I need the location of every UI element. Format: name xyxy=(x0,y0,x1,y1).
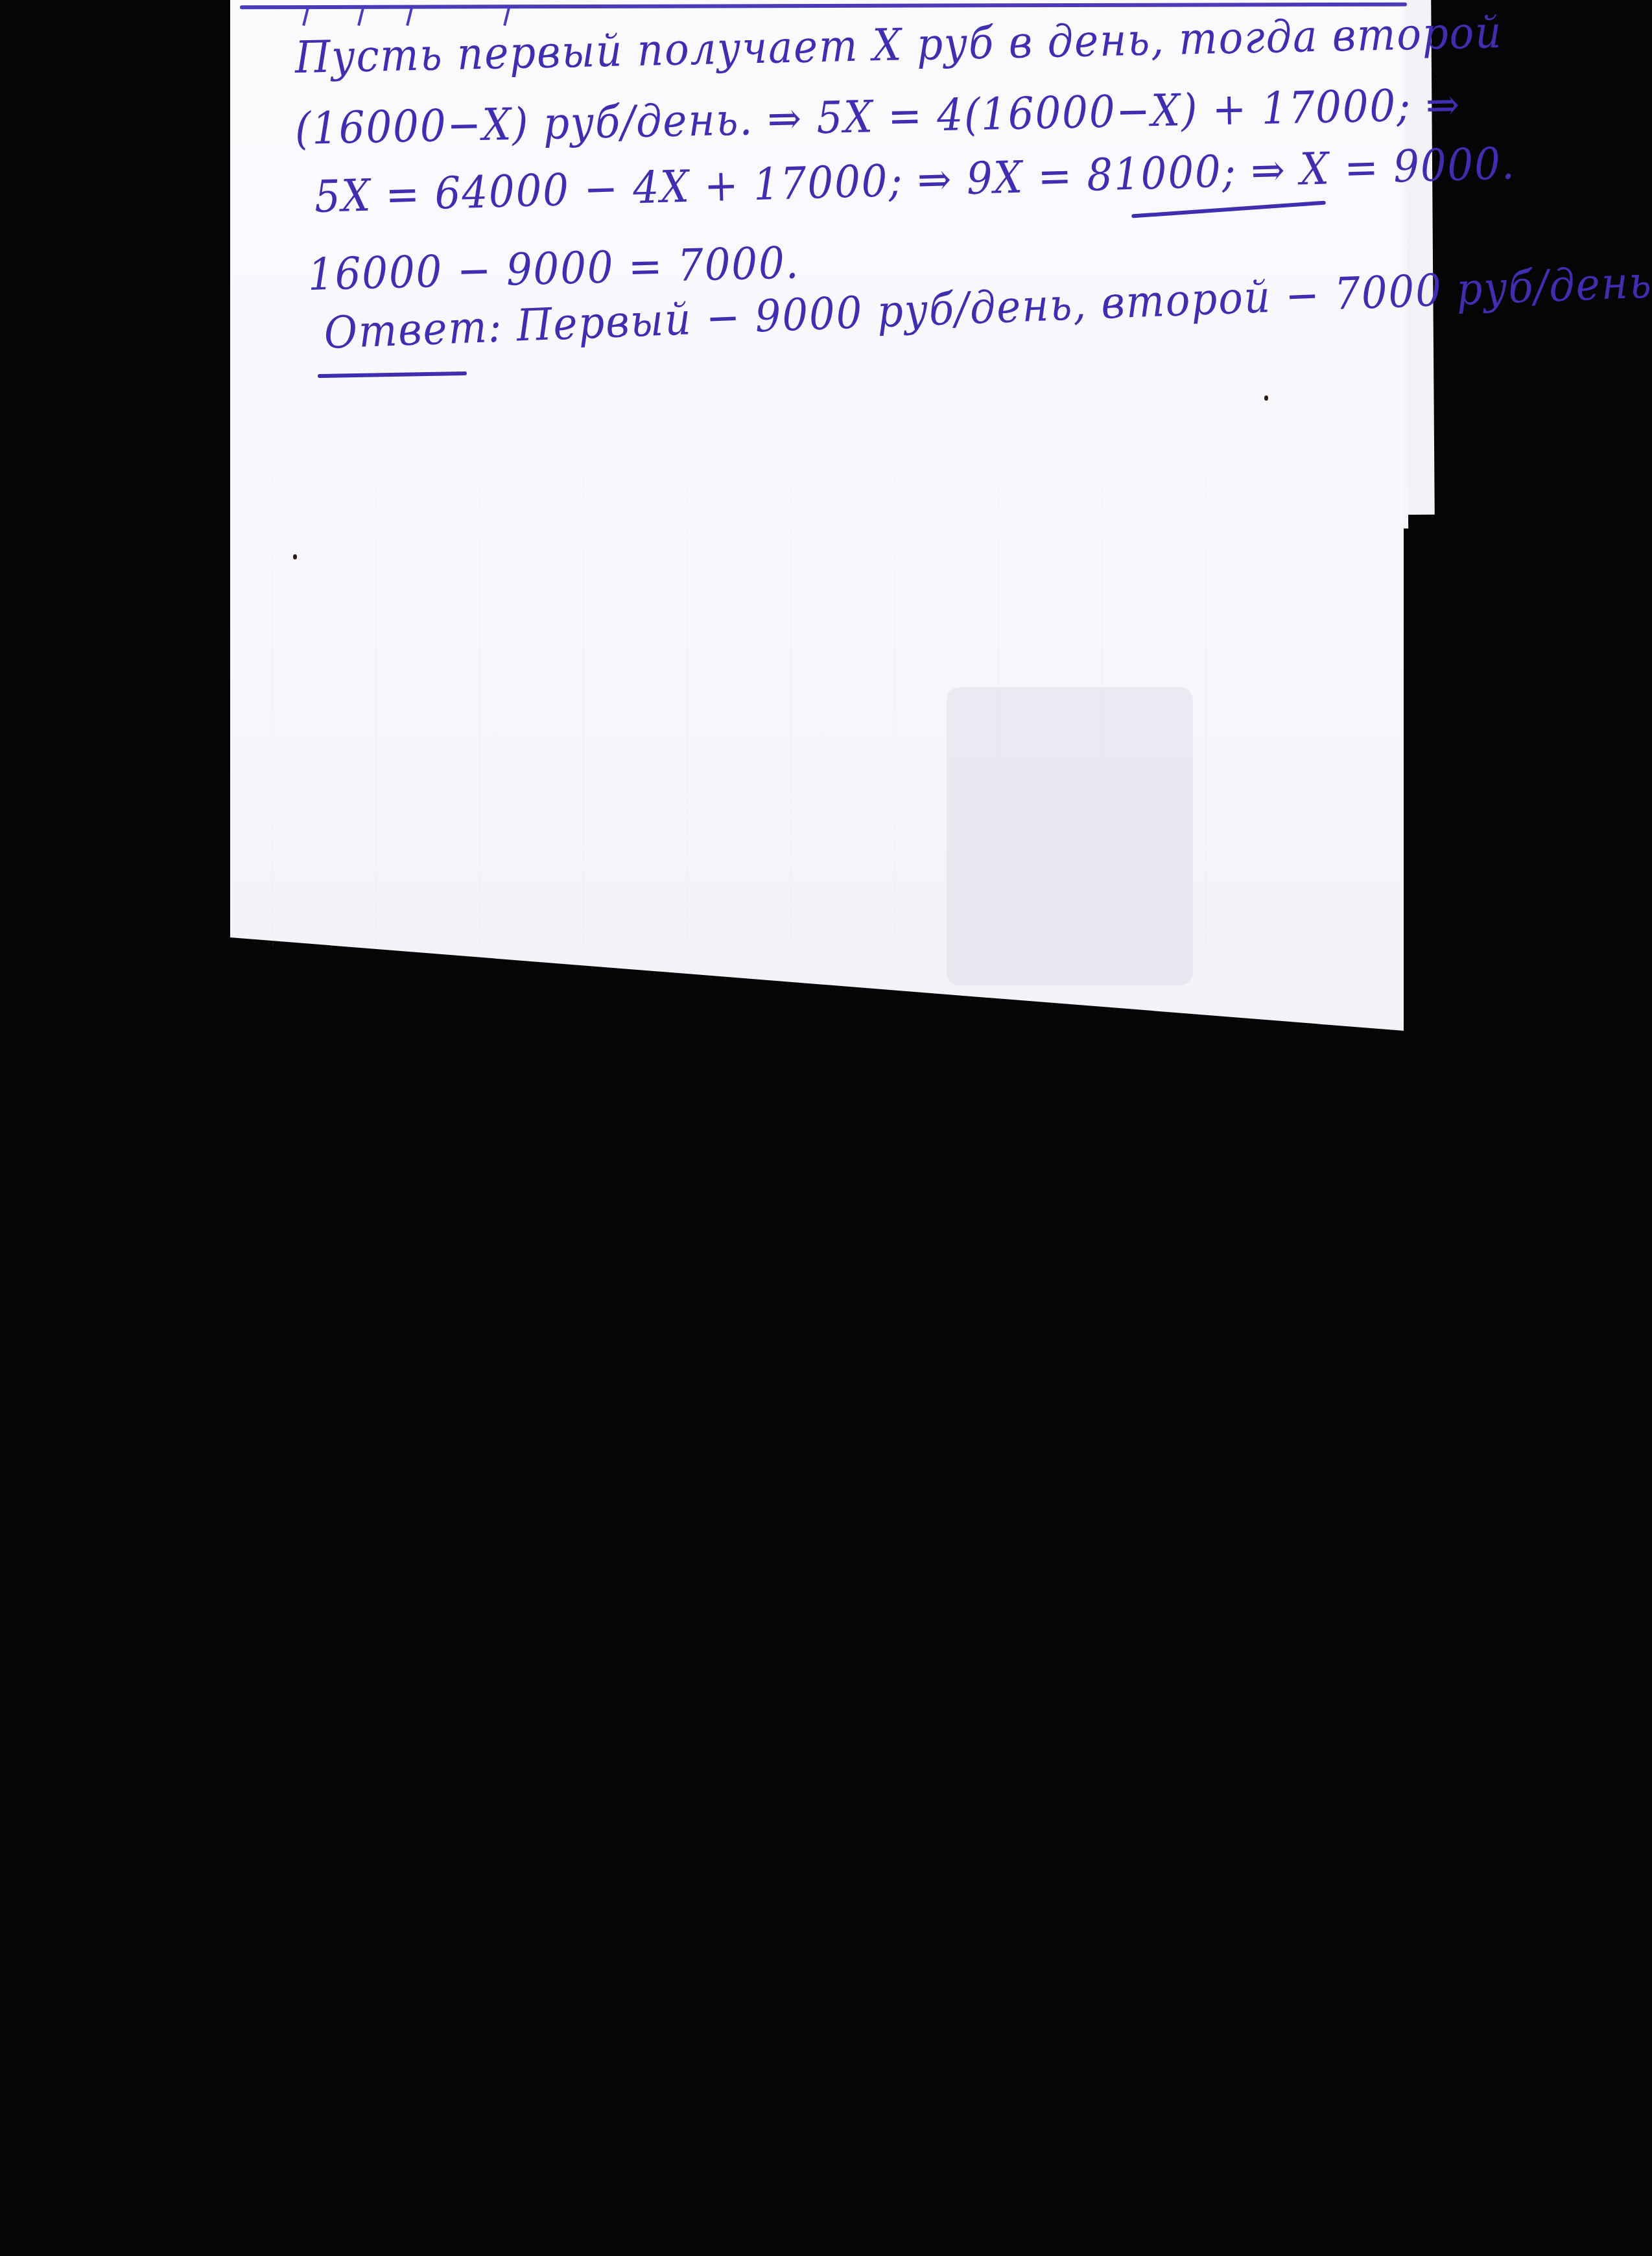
paper-speck xyxy=(293,554,297,559)
paper-speck xyxy=(1264,395,1268,401)
bleed-through-box xyxy=(947,687,1193,985)
